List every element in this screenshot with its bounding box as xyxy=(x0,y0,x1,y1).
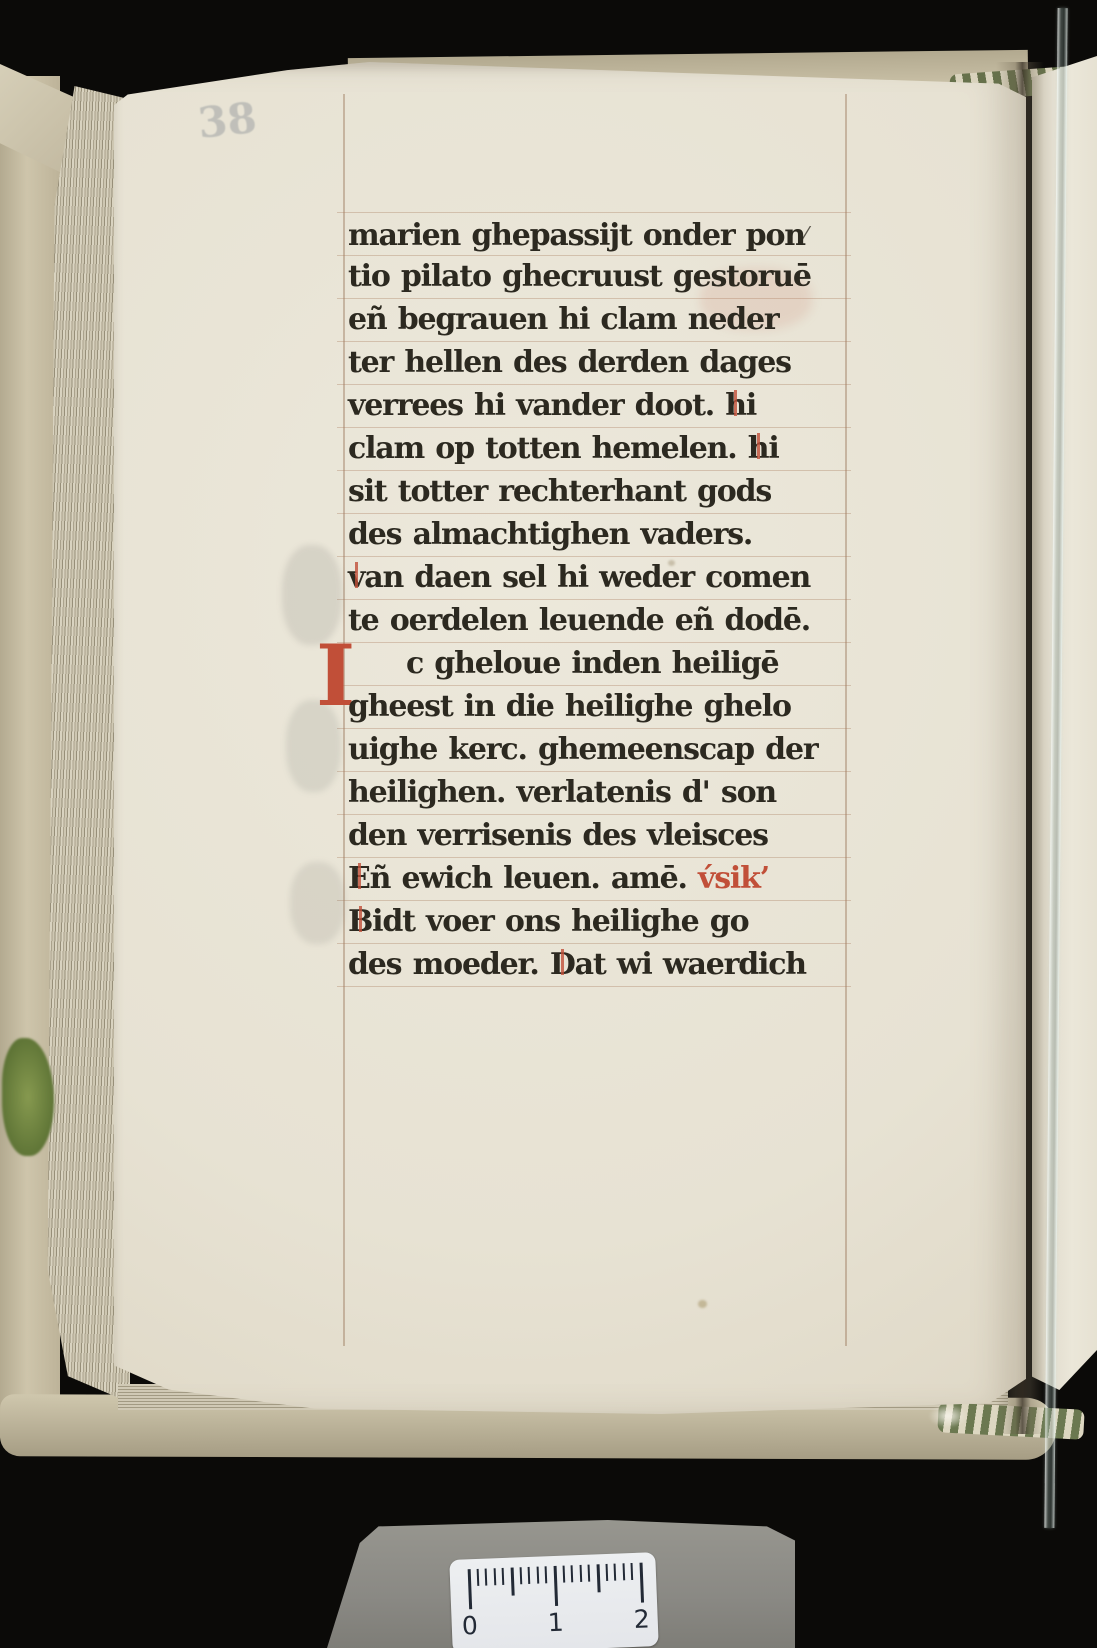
stain-spot xyxy=(698,1300,707,1308)
text-segment: at wi waerdich xyxy=(575,947,806,982)
pencil-folio-number: 38 xyxy=(196,93,259,148)
manuscript-line: heilighen. verlatenis d' son xyxy=(348,771,853,814)
text-segment: heilighen. verlatenis d' son xyxy=(348,775,776,810)
ruler-tick xyxy=(493,1568,496,1585)
ruler-tick xyxy=(528,1567,531,1584)
text-segment: c gheloue inden heiligē xyxy=(406,646,778,681)
showthrough-mark xyxy=(290,862,345,944)
text-segment: des moeder. xyxy=(348,947,550,982)
manuscript-line: eñ begrauen hi clam neder xyxy=(348,298,853,341)
ruler-tick xyxy=(571,1565,574,1582)
ruler-tick xyxy=(519,1567,522,1584)
manuscript-line: Bidt voer ons heilighe go xyxy=(348,900,853,943)
ruler-tick xyxy=(588,1565,591,1582)
manuscript-line: ter hellen des derden dages xyxy=(348,341,853,384)
manuscript-line: clam op totten hemelen. hi xyxy=(348,427,853,470)
text-segment: ñ ewich leuen. amē. xyxy=(370,861,698,896)
manuscript-line: des almachtighen vaders. xyxy=(348,513,853,556)
ruler-tick xyxy=(545,1566,548,1583)
text-segment: an daen sel hi weder comen xyxy=(364,560,810,595)
ruler-number: 2 xyxy=(630,1604,653,1634)
text-segment: D xyxy=(550,943,575,986)
manuscript-line: gheest in die heilighe ghelo xyxy=(348,685,853,728)
manuscript-line: tio pilato ghecruust gestoruē xyxy=(348,255,853,298)
text-segment: ter hellen des derden dages xyxy=(348,345,791,380)
manuscript-line: sit totter rechterhant gods xyxy=(348,470,853,513)
ruler-tick xyxy=(554,1566,559,1606)
photograph: 38 I marien ghepassijt onder pon⁄tio pil… xyxy=(0,0,1097,1648)
text-segment: tio pilato ghecruust gestoruē xyxy=(348,259,811,294)
ruler-tick xyxy=(579,1565,582,1582)
text-segment: v́sik’ xyxy=(698,861,769,896)
manuscript-line: uighe kerc. ghemeenscap der xyxy=(348,728,853,771)
ruler-tick xyxy=(485,1569,488,1586)
text-segment: des almachtighen vaders. xyxy=(348,517,752,552)
manuscript-line: marien ghepassijt onder pon⁄ xyxy=(348,212,853,255)
text-segment: sit totter rechterhant gods xyxy=(348,474,771,509)
text-segment: clam op totten hemelen. xyxy=(348,431,748,466)
ruler-tick xyxy=(631,1563,634,1580)
text-segment: v xyxy=(348,556,364,599)
text-segment: i xyxy=(768,431,778,466)
manuscript-line: te oerdelen leuende eñ dodē. xyxy=(348,599,853,642)
ruler-tick xyxy=(622,1563,625,1580)
ruler-tick xyxy=(614,1564,617,1581)
text-segment: E xyxy=(348,857,370,900)
manuscript-line: verrees hi vander doot. hi xyxy=(348,384,853,427)
text-segment: eñ begrauen hi clam neder xyxy=(348,302,779,337)
text-segment: i xyxy=(746,388,756,423)
manuscript-line: Eñ ewich leuen. amē. v́sik’ xyxy=(348,857,853,900)
ruler-tick xyxy=(511,1568,515,1596)
ruler-tick xyxy=(502,1568,505,1585)
ruler-tick xyxy=(468,1569,473,1609)
manuscript-line: des moeder. Dat wi waerdich xyxy=(348,943,853,986)
manuscript-line: van daen sel hi weder comen xyxy=(348,556,853,599)
manuscript-line: c gheloue inden heiligē xyxy=(348,642,853,685)
text-segment: h xyxy=(725,384,746,427)
text-segment: gheest in die heilighe ghelo xyxy=(348,689,791,724)
text-segment: B xyxy=(348,900,372,943)
text-segment: uighe kerc. ghemeenscap der xyxy=(348,732,817,767)
ruler-tick xyxy=(605,1564,608,1581)
manuscript-line: den verrisenis des vleisces xyxy=(348,814,853,857)
text-segment: h xyxy=(748,427,769,470)
ruler-tick xyxy=(562,1566,565,1583)
ruler-number: 1 xyxy=(544,1608,567,1638)
text-segment: marien ghepassijt onder pon xyxy=(348,218,805,253)
text-segment: verrees hi vander doot. xyxy=(348,388,725,423)
ruler-tick xyxy=(640,1563,645,1603)
ruler-sticker: 012 xyxy=(449,1552,658,1648)
text-segment: ⁄ xyxy=(805,223,807,244)
text-segment: den verrisenis des vleisces xyxy=(348,818,768,853)
ruler-tick xyxy=(536,1567,539,1584)
ruler-number: 0 xyxy=(458,1611,481,1641)
manuscript-text-block: marien ghepassijt onder pon⁄tio pilato g… xyxy=(348,212,853,986)
ruler-tick xyxy=(476,1569,479,1586)
ruler-tick xyxy=(597,1564,601,1592)
text-segment: te oerdelen leuende eñ dodē. xyxy=(348,603,810,638)
thread-fluff xyxy=(928,1404,968,1428)
text-segment: idt voer ons heilighe go xyxy=(372,904,748,939)
